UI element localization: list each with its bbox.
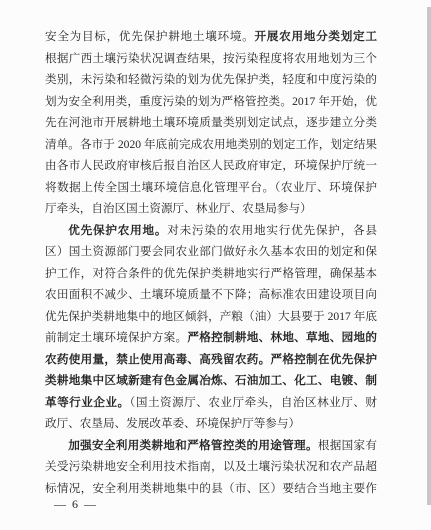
text-line: 划为安全利用类，重度污染的划为严格管控类。2017 年开始，优 [45, 91, 377, 113]
text-line: 区）国土资源部门要会同农业部门做好永久基本农田的划定和保 [45, 241, 377, 263]
text-line: 革等行业企业。（国土资源厅、农业厅牵头，自治区林业厅、财 [45, 392, 377, 414]
text-line: 先在河池市开展耕地土壤环境质量类别划定试点，逐步建立分类 [45, 112, 377, 134]
text-line: 农田面积不减少、土壤环境质量不下降；高标准农田建设项目向 [45, 284, 377, 306]
text-line: 护工作，对符合条件的优先保护类耕地实行严格管理，确保基本 [45, 263, 377, 285]
text-segment: 类别，未污染和轻微污染的划为优先保护类，轻度和中度污染的 [45, 73, 377, 86]
text-line: 政厅、农垦局、发展改革委、环境保护厅等参与） [45, 413, 377, 435]
text-segment: 安全为目标，优先保护耕地土壤环境。 [45, 30, 254, 43]
text-segment: 农田面积不减少、土壤环境质量不下降；高标准农田建设项目向 [45, 288, 377, 301]
document-page: 安全为目标，优先保护耕地土壤环境。开展农用地分类划定工作，根据广西土壤污染状况调… [0, 0, 431, 530]
text-segment: 由各市人民政府审核后报自治区人民政府审定，环境保护厅统一 [45, 159, 377, 172]
text-segment: 类耕地集中区域新建有色金属冶炼、石油加工、化工、电镀、制 [45, 374, 377, 387]
text-segment: 护工作，对符合条件的优先保护类耕地实行严格管理，确保基本 [45, 267, 377, 280]
text-line: 安全为目标，优先保护耕地土壤环境。开展农用地分类划定工作， [45, 26, 377, 48]
text-line: 前制定土壤环境保护方案。严格控制耕地、林地、草地、园地的 [45, 327, 377, 349]
text-segment: 根据国家有 [318, 439, 377, 452]
text-segment: 严格控制耕地、林地、草地、园地的 [187, 331, 377, 344]
text-line: 加强安全利用类耕地和严格管控类的用途管理。根据国家有 [45, 435, 377, 457]
text-line: 根据广西土壤污染状况调查结果，按污染程度将农用地划为三个 [45, 48, 377, 70]
text-segment: 前制定土壤环境保护方案。 [45, 331, 187, 344]
text-segment: 根据广西土壤污染状况调查结果，按污染程度将农用地划为三个 [45, 52, 377, 65]
text-segment: 标情况，安全利用类耕地集中的县（市、区）要结合当地主要作 [45, 482, 377, 495]
scan-edge-shadow [427, 7, 431, 505]
text-segment: 优先保护类耕地集中的地区倾斜，产粮（油）大县要于 2017 年底 [45, 310, 377, 323]
text-segment: （国土资源厅、农业厅牵头，自治区林业厅、财 [130, 396, 377, 409]
document-text: 安全为目标，优先保护耕地土壤环境。开展农用地分类划定工作，根据广西土壤污染状况调… [45, 26, 377, 499]
text-line: 关受污染耕地安全利用技术指南，以及土壤污染状况和农产品超 [45, 456, 377, 478]
text-segment: 先在河池市开展耕地土壤环境质量类别划定试点，逐步建立分类 [45, 116, 377, 129]
text-line: 类别，未污染和轻微污染的划为优先保护类，轻度和中度污染的 [45, 69, 377, 91]
text-segment: 加强安全利用类耕地和严格管控类的用途管理。 [68, 439, 318, 452]
text-line: 农药使用量，禁止使用高毒、高残留农药。严格控制在优先保护 [45, 349, 377, 371]
text-line: 优先保护农用地。对未污染的农用地实行优先保护，各县（市、 [45, 220, 377, 242]
text-line: 将数据上传全国土壤环境信息化管理平台。（农业厅、环境保护 [45, 177, 377, 199]
text-segment: 关受污染耕地安全利用技术指南，以及土壤污染状况和农产品超 [45, 460, 377, 473]
text-line: 优先保护类耕地集中的地区倾斜，产粮（油）大县要于 2017 年底 [45, 306, 377, 328]
text-line: 清单。各市于 2020 年底前完成农用地类别的划定工作，划定结果 [45, 134, 377, 156]
text-line: 由各市人民政府审核后报自治区人民政府审定，环境保护厅统一 [45, 155, 377, 177]
text-segment: 划为安全利用类，重度污染的划为严格管控类。2017 年开始，优 [45, 95, 377, 108]
text-line: 厅牵头，自治区国土资源厅、林业厅、农垦局参与） [45, 198, 377, 220]
page-number: — 6 — [54, 496, 98, 512]
text-segment: 厅牵头，自治区国土资源厅、林业厅、农垦局参与） [45, 202, 312, 215]
text-segment: 区）国土资源部门要会同农业部门做好永久基本农田的划定和保 [45, 245, 377, 258]
text-segment: 革等行业企业。 [45, 396, 130, 409]
text-segment: 优先保护农用地。 [68, 224, 167, 237]
text-segment: 政厅、农垦局、发展改革委、环境保护厅等参与） [45, 417, 300, 430]
text-segment: 将数据上传全国土壤环境信息化管理平台。（农业厅、环境保护 [45, 181, 377, 194]
text-segment: 农药使用量，禁止使用高毒、高残留农药。严格控制在优先保护 [45, 353, 377, 366]
text-segment: 清单。各市于 2020 年底前完成农用地类别的划定工作，划定结果 [45, 138, 377, 151]
text-line: 类耕地集中区域新建有色金属冶炼、石油加工、化工、电镀、制 [45, 370, 377, 392]
